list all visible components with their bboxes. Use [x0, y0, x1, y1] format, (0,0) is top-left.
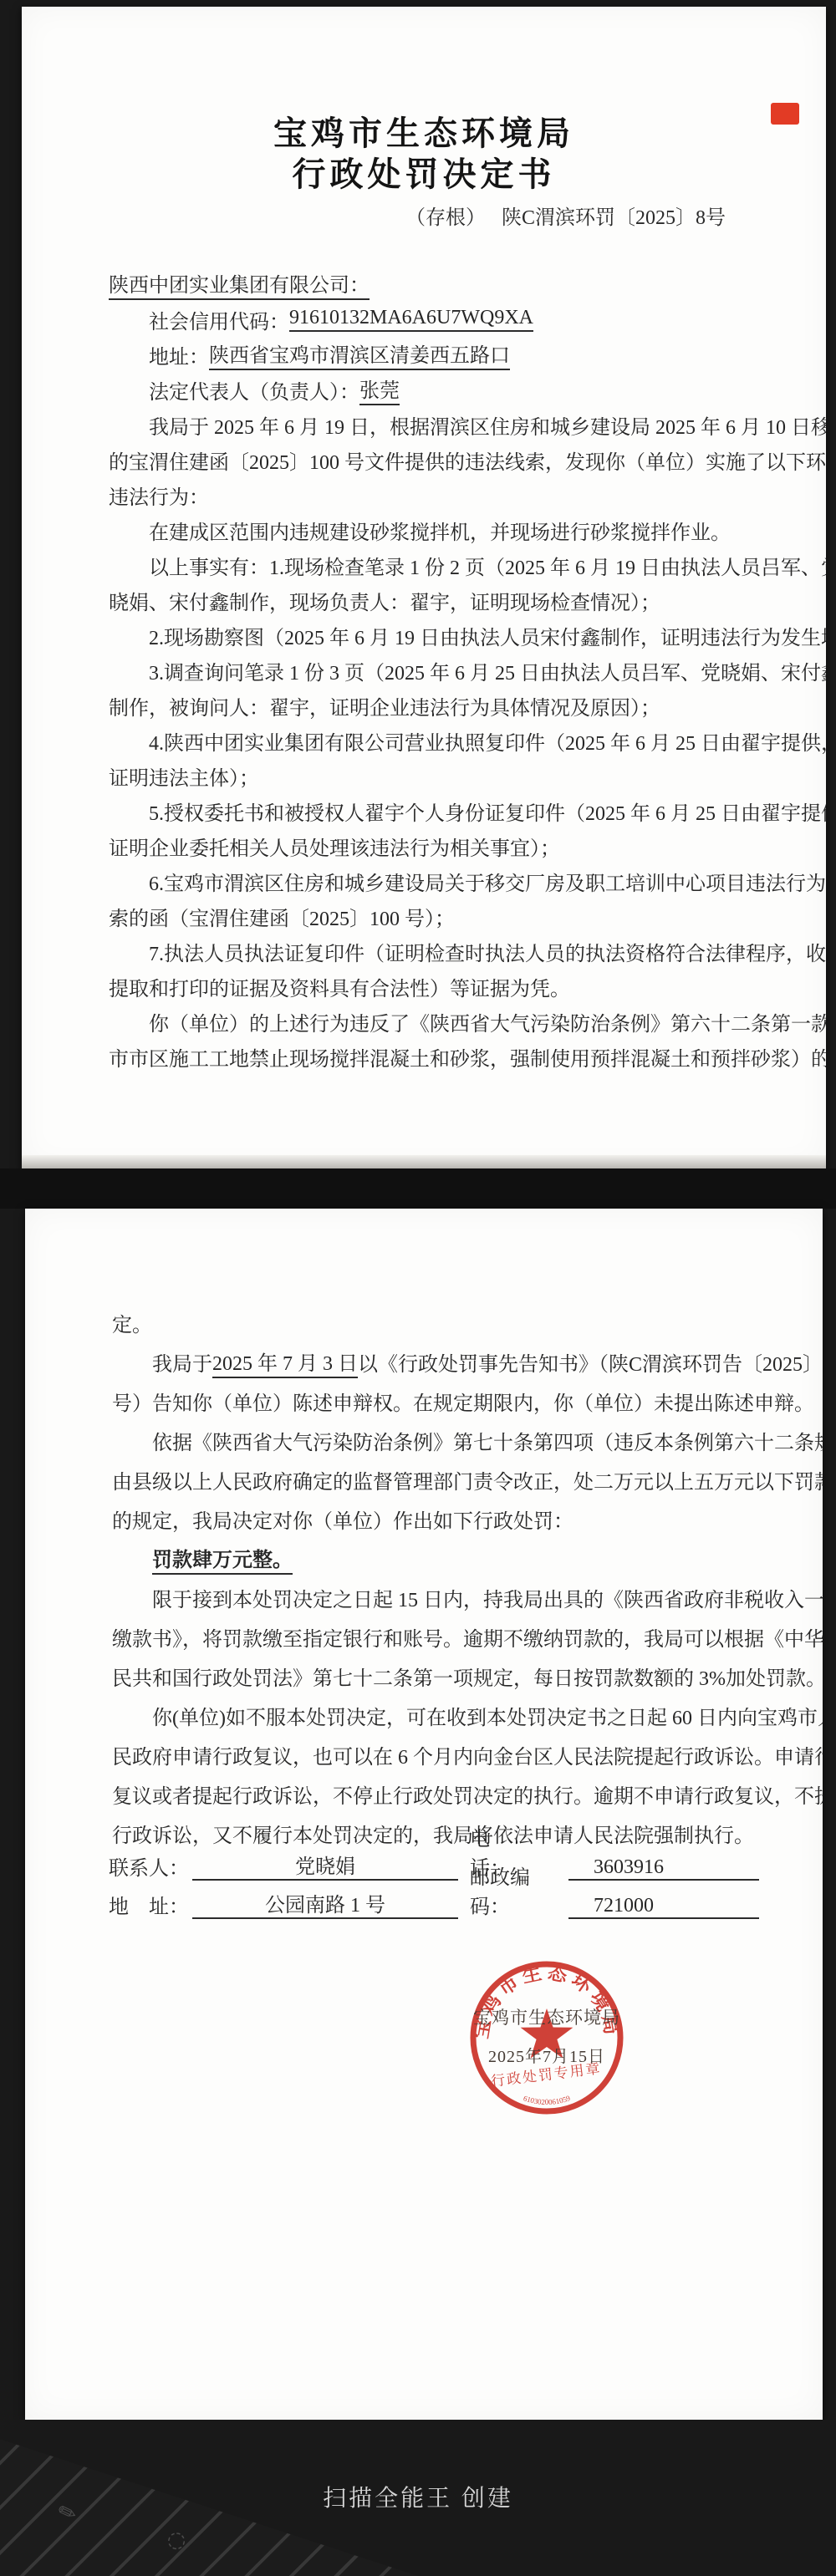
text-segment: 罚款肆万元整。 [152, 1543, 293, 1575]
text-segment: 以《行政处罚事先告知书》（陕C渭滨环罚告〔2025〕8 [358, 1347, 823, 1377]
camscanner-watermark: 扫描全能王 创建 [0, 2480, 836, 2513]
contact-zip-label: 邮政编码： [470, 1861, 568, 1919]
text-line: 违法行为： [109, 477, 737, 512]
seal-code: 6103020061059 [522, 2094, 572, 2106]
text-segment: 2.现场勘察图（2025 年 6 月 19 日由执法人员宋付鑫制作，证明违法行为… [149, 621, 826, 650]
text-line: 市市区施工工地禁止现场搅拌混凝土和砂浆，强制使用预拌混凝土和预拌砂浆）的规 [109, 1039, 737, 1074]
printed-decision-date: 2025年7月15日 [413, 2043, 681, 2067]
text-segment: 你（单位）的上述行为违反了《陕西省大气污染防治条例》第六十二条第一款（城 [149, 1007, 826, 1036]
text-line: 社会信用代码：91610132MA6A6U7WQ9XA [109, 302, 737, 337]
text-segment: 限于接到本处罚决定之日起 15 日内，持我局出具的《陕西省政府非税收入一般 [152, 1583, 823, 1612]
scan-footer: ✎ ◌ 扫描全能王 创建 [0, 2420, 836, 2576]
page1-bottom-curl [22, 1155, 826, 1168]
text-segment: 违法行为： [109, 481, 209, 510]
text-segment: 我局于 2025 年 6 月 19 日，根据渭滨区住房和城乡建设局 2025 年… [149, 410, 826, 440]
text-segment: 缴款书》，将罚款缴至指定银行和账号。逾期不缴纳罚款的，我局可以根据《中华人 [112, 1622, 823, 1652]
document-page-1: 宝鸡市生态环境局 行政处罚决定书 （存根） 陕C渭滨环罚〔2025〕8号 陕西中… [22, 7, 826, 1168]
contact-block: 联系人： 党晓娟 电 话： 3603916 地 址： 公园南路 1 号 邮政编码… [109, 1842, 769, 1919]
text-line: 由县级以上人民政府确定的监督管理部门责令改正，处二万元以上五万元以下罚款） [112, 1460, 741, 1499]
text-segment: 陕西中团实业集团有限公司： [109, 268, 370, 300]
document-number: 陕C渭滨环罚〔2025〕8号 [502, 201, 726, 230]
text-segment: 证明违法主体）； [109, 761, 259, 791]
text-segment: 民政府申请行政复议，也可以在 6 个月内向金台区人民法院提起行政诉讼。申请行政 [112, 1740, 823, 1769]
text-line: 6.宝鸡市渭滨区住房和城乡建设局关于移交厂房及职工培训中心项目违法行为线 [109, 863, 737, 899]
page1-body-text: 陕西中团实业集团有限公司：社会信用代码：91610132MA6A6U7WQ9XA… [109, 267, 737, 1074]
contact-phone-value: 3603916 [568, 1856, 759, 1881]
text-segment: 6.宝鸡市渭滨区住房和城乡建设局关于移交厂房及职工培训中心项目违法行为线 [149, 867, 826, 896]
text-segment: 以上事实有：1.现场检查笔录 1 份 2 页（2025 年 6 月 19 日由执… [149, 551, 826, 580]
document-meta-row: （存根） 陕C渭滨环罚〔2025〕8号 [22, 201, 826, 229]
contact-zip-value: 721000 [568, 1895, 759, 1919]
text-line: 罚款肆万元整。 [112, 1539, 741, 1578]
text-segment: 定。 [112, 1308, 152, 1337]
text-line: 你（单位）的上述行为违反了《陕西省大气污染防治条例》第六十二条第一款（城 [109, 1004, 737, 1039]
text-segment: 的规定，我局决定对你（单位）作出如下行政处罚： [112, 1504, 573, 1534]
text-line: 定。 [112, 1303, 741, 1342]
text-line: 晓娟、宋付鑫制作，现场负责人：翟宇，证明现场检查情况）； [109, 583, 737, 618]
document-title-line2: 行政处罚决定书 [22, 154, 826, 195]
text-line: 法定代表人（负责人）：张莞 [109, 372, 737, 407]
text-segment: 陕西省宝鸡市渭滨区清姜西五路口 [209, 339, 510, 370]
text-segment: 在建成区范围内违规建设砂浆搅拌机，并现场进行砂浆搅拌作业。 [149, 516, 731, 545]
stub-label: （存根） [405, 201, 486, 230]
page2-body-text: 定。我局于 2025 年 7 月 3 日以《行政处罚事先告知书》（陕C渭滨环罚告… [112, 1303, 741, 1853]
text-segment: 市市区施工工地禁止现场搅拌混凝土和砂浆，强制使用预拌混凝土和预拌砂浆）的规 [109, 1042, 826, 1072]
text-segment: 的宝渭住建函〔2025〕100 号文件提供的违法线索，发现你（单位）实施了以下环… [109, 445, 826, 475]
text-line: 你(单位)如不服本处罚决定，可在收到本处罚决定书之日起 60 日内向宝鸡市人 [112, 1696, 741, 1735]
document-title-line1: 宝鸡市生态环境局 [22, 113, 826, 154]
text-segment: 地址： [149, 340, 209, 369]
text-segment: 由县级以上人民政府确定的监督管理部门责令改正，处二万元以上五万元以下罚款） [112, 1465, 823, 1494]
text-segment: 2025 年 7 月 3 日 [212, 1347, 358, 1378]
text-line: 的规定，我局决定对你（单位）作出如下行政处罚： [112, 1499, 741, 1539]
text-segment: 5.授权委托书和被授权人翟宇个人身份证复印件（2025 年 6 月 25 日由翟… [149, 797, 826, 826]
text-line: 限于接到本处罚决定之日起 15 日内，持我局出具的《陕西省政府非税收入一般 [112, 1578, 741, 1617]
text-segment: 4.陕西中团实业集团有限公司营业执照复印件（2025 年 6 月 25 日由翟宇… [149, 726, 826, 756]
text-line: 民共和国行政处罚法》第七十二条第一项规定，每日按罚款数额的 3%加处罚款。 [112, 1657, 741, 1696]
contact-address-value: 公园南路 1 号 [192, 1888, 458, 1919]
text-segment: 民共和国行政处罚法》第七十二条第一项规定，每日按罚款数额的 3%加处罚款。 [112, 1662, 823, 1691]
text-segment: 提取和打印的证据及资料具有合法性）等证据为凭。 [109, 972, 570, 1001]
text-line: 4.陕西中团实业集团有限公司营业执照复印件（2025 年 6 月 25 日由翟宇… [109, 723, 737, 758]
text-line: 证明企业委托相关人员处理该违法行为相关事宜）； [109, 828, 737, 863]
text-line: 陕西中团实业集团有限公司： [109, 267, 737, 302]
text-line: 的宝渭住建函〔2025〕100 号文件提供的违法线索，发现你（单位）实施了以下环… [109, 442, 737, 477]
text-segment: 7.执法人员执法证复印件（证明检查时执法人员的执法资格符合法律程序，收集、 [149, 937, 826, 966]
text-line: 制作，被询问人：翟宇，证明企业违法行为具体情况及原因）； [109, 688, 737, 723]
text-line: 在建成区范围内违规建设砂浆搅拌机，并现场进行砂浆搅拌作业。 [109, 512, 737, 547]
text-line: 地址：陕西省宝鸡市渭滨区清姜西五路口 [109, 337, 737, 372]
official-seal: 宝鸡市生态环境局 行政处罚专用章 6103020061059 宝鸡市生态环境局 … [463, 1954, 630, 2121]
text-line: 3.调查询问笔录 1 份 3 页（2025 年 6 月 25 日由执法人员吕军、… [109, 653, 737, 688]
text-segment: 制作，被询问人：翟宇，证明企业违法行为具体情况及原因）； [109, 691, 660, 720]
text-line: 号）告知你（单位）陈述申辩权。在规定期限内，你（单位）未提出陈述申辩。 [112, 1382, 741, 1421]
text-segment: 你(单位)如不服本处罚决定，可在收到本处罚决定书之日起 60 日内向宝鸡市人 [152, 1701, 823, 1730]
text-line: 以上事实有：1.现场检查笔录 1 份 2 页（2025 年 6 月 19 日由执… [109, 547, 737, 583]
text-segment: 我局于 [152, 1347, 212, 1377]
seal-graphic: 宝鸡市生态环境局 行政处罚专用章 6103020061059 [463, 1954, 630, 2121]
text-segment: 社会信用代码： [149, 305, 289, 334]
text-segment: 证明企业委托相关人员处理该违法行为相关事宜）； [109, 832, 560, 861]
contact-address-row: 地 址： 公园南路 1 号 邮政编码： 721000 [109, 1881, 769, 1919]
document-title: 宝鸡市生态环境局 行政处罚决定书 [22, 113, 826, 195]
text-line: 民政府申请行政复议，也可以在 6 个月内向金台区人民法院提起行政诉讼。申请行政 [112, 1735, 741, 1774]
text-line: 我局于 2025 年 6 月 19 日，根据渭滨区住房和城乡建设局 2025 年… [109, 407, 737, 442]
text-segment: 3.调查询问笔录 1 份 3 页（2025 年 6 月 25 日由执法人员吕军、… [149, 656, 826, 685]
text-line: 缴款书》，将罚款缴至指定银行和账号。逾期不缴纳罚款的，我局可以根据《中华人 [112, 1617, 741, 1657]
text-line: 7.执法人员执法证复印件（证明检查时执法人员的执法资格符合法律程序，收集、 [109, 934, 737, 969]
text-line: 索的函（宝渭住建函〔2025〕100 号）； [109, 899, 737, 934]
page-gap [0, 1168, 836, 1209]
contact-person-label: 联系人： [109, 1851, 192, 1881]
scanned-document-canvas: { "document": { "title_line1": "宝鸡市生态环境局… [0, 0, 836, 2576]
text-segment: 张莞 [359, 374, 400, 405]
text-line: 我局于 2025 年 7 月 3 日以《行政处罚事先告知书》（陕C渭滨环罚告〔2… [112, 1342, 741, 1382]
text-segment: 晓娟、宋付鑫制作，现场负责人：翟宇，证明现场检查情况）； [109, 586, 660, 615]
text-segment: 依据《陕西省大气污染防治条例》第七十条第四项（违反本条例第六十二条规定， [152, 1426, 823, 1455]
text-segment: 索的函（宝渭住建函〔2025〕100 号）； [109, 902, 455, 931]
text-segment: 法定代表人（负责人）： [149, 375, 359, 405]
contact-person-value: 党晓娟 [192, 1850, 458, 1881]
text-line: 复议或者提起行政诉讼，不停止行政处罚决定的执行。逾期不申请行政复议，不提起 [112, 1774, 741, 1814]
text-line: 2.现场勘察图（2025 年 6 月 19 日由执法人员宋付鑫制作，证明违法行为… [109, 618, 737, 653]
text-line: 证明违法主体）； [109, 758, 737, 793]
text-segment: 91610132MA6A6U7WQ9XA [289, 307, 533, 332]
text-segment: 复议或者提起行政诉讼，不停止行政处罚决定的执行。逾期不申请行政复议，不提起 [112, 1779, 823, 1809]
contact-person-row: 联系人： 党晓娟 电 话： 3603916 [109, 1842, 769, 1881]
contact-address-label: 地 址： [109, 1890, 192, 1919]
text-segment: 号）告知你（单位）陈述申辩权。在规定期限内，你（单位）未提出陈述申辩。 [112, 1387, 814, 1416]
document-page-2: 定。我局于 2025 年 7 月 3 日以《行政处罚事先告知书》（陕C渭滨环罚告… [25, 1209, 823, 2420]
text-line: 提取和打印的证据及资料具有合法性）等证据为凭。 [109, 969, 737, 1004]
printed-agency-name: 宝鸡市生态环境局 [413, 2004, 681, 2029]
text-line: 依据《陕西省大气污染防治条例》第七十条第四项（违反本条例第六十二条规定， [112, 1421, 741, 1460]
text-line: 5.授权委托书和被授权人翟宇个人身份证复印件（2025 年 6 月 25 日由翟… [109, 793, 737, 828]
